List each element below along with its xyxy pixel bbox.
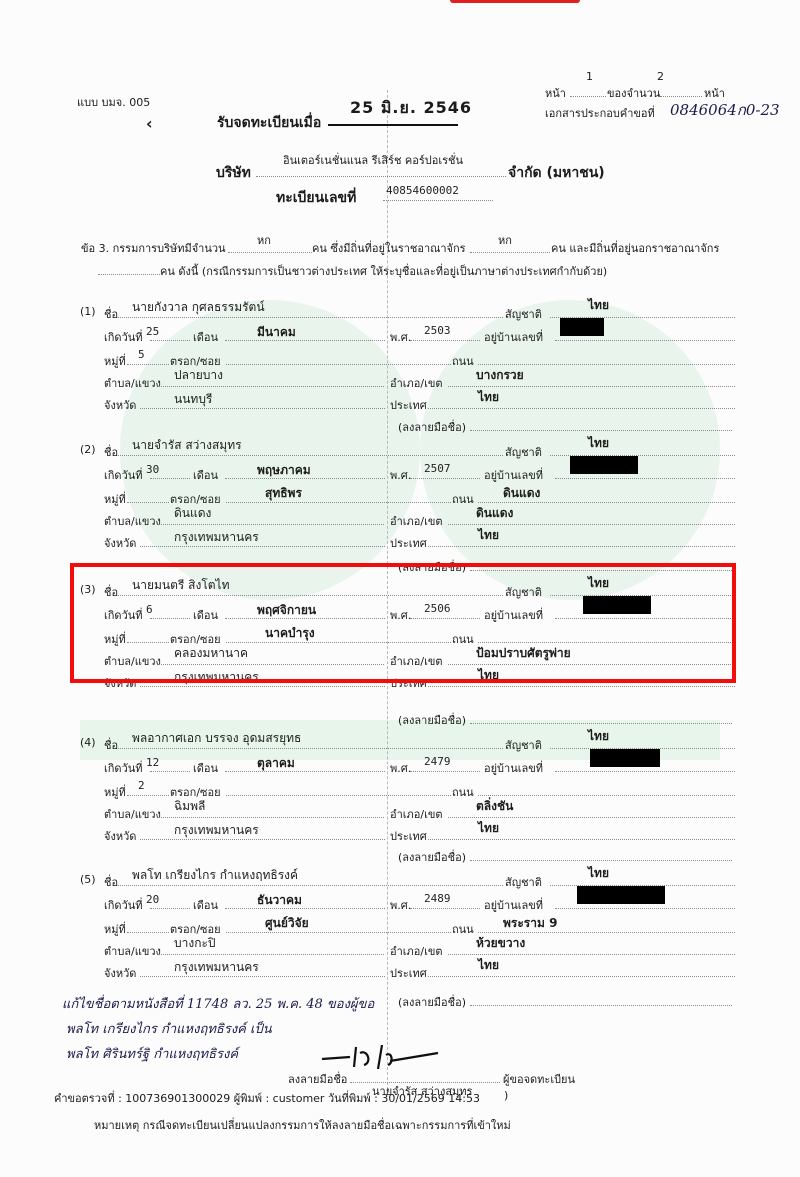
moo-label: หมู่ที่ xyxy=(104,490,126,508)
country-label: ประเทศ xyxy=(390,396,427,414)
house-no-label: อยู่บ้านเลขที่ xyxy=(484,896,543,914)
house-no-label: อยู่บ้านเลขที่ xyxy=(484,466,543,484)
amphoe-label: อำเภอ/เขต xyxy=(390,512,443,530)
country-label: ประเทศ xyxy=(390,827,427,845)
tambon-value: ฉิมพลี xyxy=(174,797,205,816)
country-value: ไทย xyxy=(478,388,499,407)
road-label: ถนน xyxy=(452,352,474,370)
company-prefix: บริษัท xyxy=(216,162,251,184)
nationality-label: สัญชาติ xyxy=(505,443,542,461)
director-name: พลโท เกรียงไกร กำแหงฤทธิรงค์ xyxy=(132,866,298,885)
tambon-label: ตำบล/แขวง xyxy=(104,374,161,392)
signature-label-final: (ลงลายมือชื่อ) xyxy=(398,993,466,1011)
tambon-label: ตำบล/แขวง xyxy=(104,512,161,530)
province-value: นนทบุรี xyxy=(174,390,212,409)
birth-year: 2489 xyxy=(424,892,451,905)
province-label: จังหวัด xyxy=(104,396,136,414)
registration-number: 40854600002 xyxy=(386,184,459,197)
year-label: พ.ศ. xyxy=(390,896,411,914)
director-name: นายจำรัส สว่างสมุทร xyxy=(132,436,242,455)
nationality-value: ไทย xyxy=(588,296,609,315)
province-value: กรุงเทพมหานคร xyxy=(174,958,259,977)
received-label: รับจดทะเบียนเมื่อ xyxy=(217,112,321,134)
moo-label: หมู่ที่ xyxy=(104,352,126,370)
nationality-label: สัญชาติ xyxy=(505,305,542,323)
year-label: พ.ศ. xyxy=(390,328,411,346)
road-label: ถนน xyxy=(452,490,474,508)
page-label: หน้า xyxy=(545,84,566,102)
registration-label: ทะเบียนเลขที่ xyxy=(276,187,356,209)
nationality-value: ไทย xyxy=(588,434,609,453)
name-label: ชื่อ xyxy=(104,305,118,323)
road-value: ดินแดง xyxy=(503,484,540,503)
close-paren: ) xyxy=(504,1089,508,1102)
province-value: กรุงเทพมหานคร xyxy=(174,821,259,840)
amphoe-value: ดินแดง xyxy=(476,504,513,523)
check-line: คำขอตรวจที่ : 100736901300029 ผู้พิมพ์ :… xyxy=(54,1089,480,1107)
handwritten-note-line-3: พลโท ศิรินทร์ฐิ กำแหงฤทธิรงค์ xyxy=(66,1043,238,1064)
amphoe-label: อำเภอ/เขต xyxy=(390,942,443,960)
signature-scribble xyxy=(320,1045,440,1071)
top-red-mark xyxy=(450,0,580,3)
country-value: ไทย xyxy=(478,526,499,545)
clause3-a: ข้อ 3. กรรมการบริษัทมีจำนวน xyxy=(81,239,226,257)
amphoe-value: บางกรวย xyxy=(476,366,524,385)
birth-day: 30 xyxy=(146,463,159,476)
company-suffix: จำกัด (มหาชน) xyxy=(508,162,605,184)
moo-value: 5 xyxy=(138,348,145,361)
signature-label: (ลงลายมือชื่อ) xyxy=(398,848,466,866)
handwritten-note-line-1: แก้ไขชื่อตามหนังสือที่ 11748 ลว. 25 พ.ค.… xyxy=(62,993,374,1014)
form-code: แบบ บมจ. 005 xyxy=(77,93,150,111)
director-name: พลอากาศเอก บรรจง อุดมสรยุทธ xyxy=(132,729,301,748)
birth-day: 12 xyxy=(146,756,159,769)
road-label: ถนน xyxy=(452,783,474,801)
attachment-number: 0846064ก0-23 xyxy=(670,98,780,122)
tambon-value: ดินแดง xyxy=(174,504,211,523)
footer-note: หมายเหตุ กรณีจดทะเบียนเปลี่ยนแปลงกรรมการ… xyxy=(94,1116,511,1134)
nationality-label: สัญชาติ xyxy=(505,736,542,754)
nationality-value: ไทย xyxy=(588,727,609,746)
watermark-shape xyxy=(420,300,720,600)
month-label: เดือน xyxy=(193,896,218,914)
amphoe-label: อำเภอ/เขต xyxy=(390,805,443,823)
road-label: ถนน xyxy=(452,920,474,938)
house-no-label: อยู่บ้านเลขที่ xyxy=(484,328,543,346)
total-pages: 2 xyxy=(657,70,664,83)
amphoe-value: ตลิ่งชัน xyxy=(476,797,513,816)
tambon-value: ปลายบาง xyxy=(174,366,223,385)
company-name: อินเตอร์เนชั่นแนล รีเสิร์ช คอร์ปอเรชั่น xyxy=(283,151,463,169)
name-label: ชื่อ xyxy=(104,443,118,461)
road-value: พระราม 9 xyxy=(503,914,557,933)
country-label: ประเทศ xyxy=(390,964,427,982)
province-label: จังหวัด xyxy=(104,964,136,982)
redacted-house-number xyxy=(570,456,638,474)
clause3-c: คน และมีถิ่นที่อยู่นอกราชอาณาจักร xyxy=(551,239,719,257)
clause3-line2: คน ดังนี้ (กรณีกรรมการเป็นชาวต่างประเทศ … xyxy=(160,262,607,280)
redacted-house-number xyxy=(560,318,604,336)
highlight-box xyxy=(70,563,736,683)
director-number: (1) xyxy=(80,305,96,318)
clause3-b: คน ซึ่งมีถิ่นที่อยู่ในราชอาณาจักร xyxy=(312,239,466,257)
province-label: จังหวัด xyxy=(104,534,136,552)
country-value: ไทย xyxy=(478,956,499,975)
province-value: กรุงเทพมหานคร xyxy=(174,528,259,547)
redacted-house-number xyxy=(590,749,660,767)
month-label: เดือน xyxy=(193,759,218,777)
applicant-label: ผู้ขอจดทะเบียน xyxy=(503,1070,575,1088)
birth-year: 2507 xyxy=(424,462,451,475)
province-label: จังหวัด xyxy=(104,827,136,845)
amphoe-value: ห้วยขวาง xyxy=(476,934,525,953)
birth-year: 2479 xyxy=(424,755,451,768)
count-domestic: หก xyxy=(498,231,512,249)
nationality-value: ไทย xyxy=(588,864,609,883)
received-date: 25 มิ.ย. 2546 xyxy=(350,96,472,121)
name-label: ชื่อ xyxy=(104,736,118,754)
soi-value: สุทธิพร xyxy=(265,484,302,503)
moo-value: 2 xyxy=(138,779,145,792)
birth-day: 25 xyxy=(146,325,159,338)
redacted-house-number xyxy=(577,886,665,904)
sign-label: ลงลายมือชื่อ xyxy=(288,1070,347,1088)
tambon-label: ตำบล/แขวง xyxy=(104,942,161,960)
document-page: แบบ บมจ. 005 1 2 หน้า ของจำนวน หน้า เอกส… xyxy=(0,0,800,1177)
tambon-value: บางกะปิ xyxy=(174,934,216,953)
director-number: (4) xyxy=(80,736,96,749)
of-label: ของจำนวน xyxy=(607,84,660,102)
birth-day: 20 xyxy=(146,893,159,906)
tambon-label: ตำบล/แขวง xyxy=(104,805,161,823)
signature-label: (ลงลายมือชื่อ) xyxy=(398,711,466,729)
attachment-label: เอกสารประกอบคำขอที่ xyxy=(545,104,655,122)
count-total: หก xyxy=(257,231,271,249)
year-label: พ.ศ. xyxy=(390,759,411,777)
year-label: พ.ศ. xyxy=(390,466,411,484)
moo-label: หมู่ที่ xyxy=(104,920,126,938)
birth-day-label: เกิดวันที่ xyxy=(104,466,143,484)
page-number: 1 xyxy=(586,70,593,83)
mark-icon: ‹ xyxy=(146,114,153,133)
country-label: ประเทศ xyxy=(390,534,427,552)
birth-year: 2503 xyxy=(424,324,451,337)
month-label: เดือน xyxy=(193,466,218,484)
director-number: (5) xyxy=(80,873,96,886)
nationality-label: สัญชาติ xyxy=(505,873,542,891)
month-label: เดือน xyxy=(193,328,218,346)
house-no-label: อยู่บ้านเลขที่ xyxy=(484,759,543,777)
signature-label: (ลงลายมือชื่อ) xyxy=(398,418,466,436)
country-value: ไทย xyxy=(478,819,499,838)
director-number: (2) xyxy=(80,443,96,456)
handwritten-note-line-2: พลโท เกรียงไกร กำแหงฤทธิรงค์ เป็น xyxy=(66,1018,272,1039)
birth-day-label: เกิดวันที่ xyxy=(104,328,143,346)
director-name: นายกังวาล กุศลธรรมรัตน์ xyxy=(132,298,265,317)
birth-day-label: เกิดวันที่ xyxy=(104,759,143,777)
soi-value: ศูนย์วิจัย xyxy=(265,914,309,933)
name-label: ชื่อ xyxy=(104,873,118,891)
amphoe-label: อำเภอ/เขต xyxy=(390,374,443,392)
birth-day-label: เกิดวันที่ xyxy=(104,896,143,914)
moo-label: หมู่ที่ xyxy=(104,783,126,801)
